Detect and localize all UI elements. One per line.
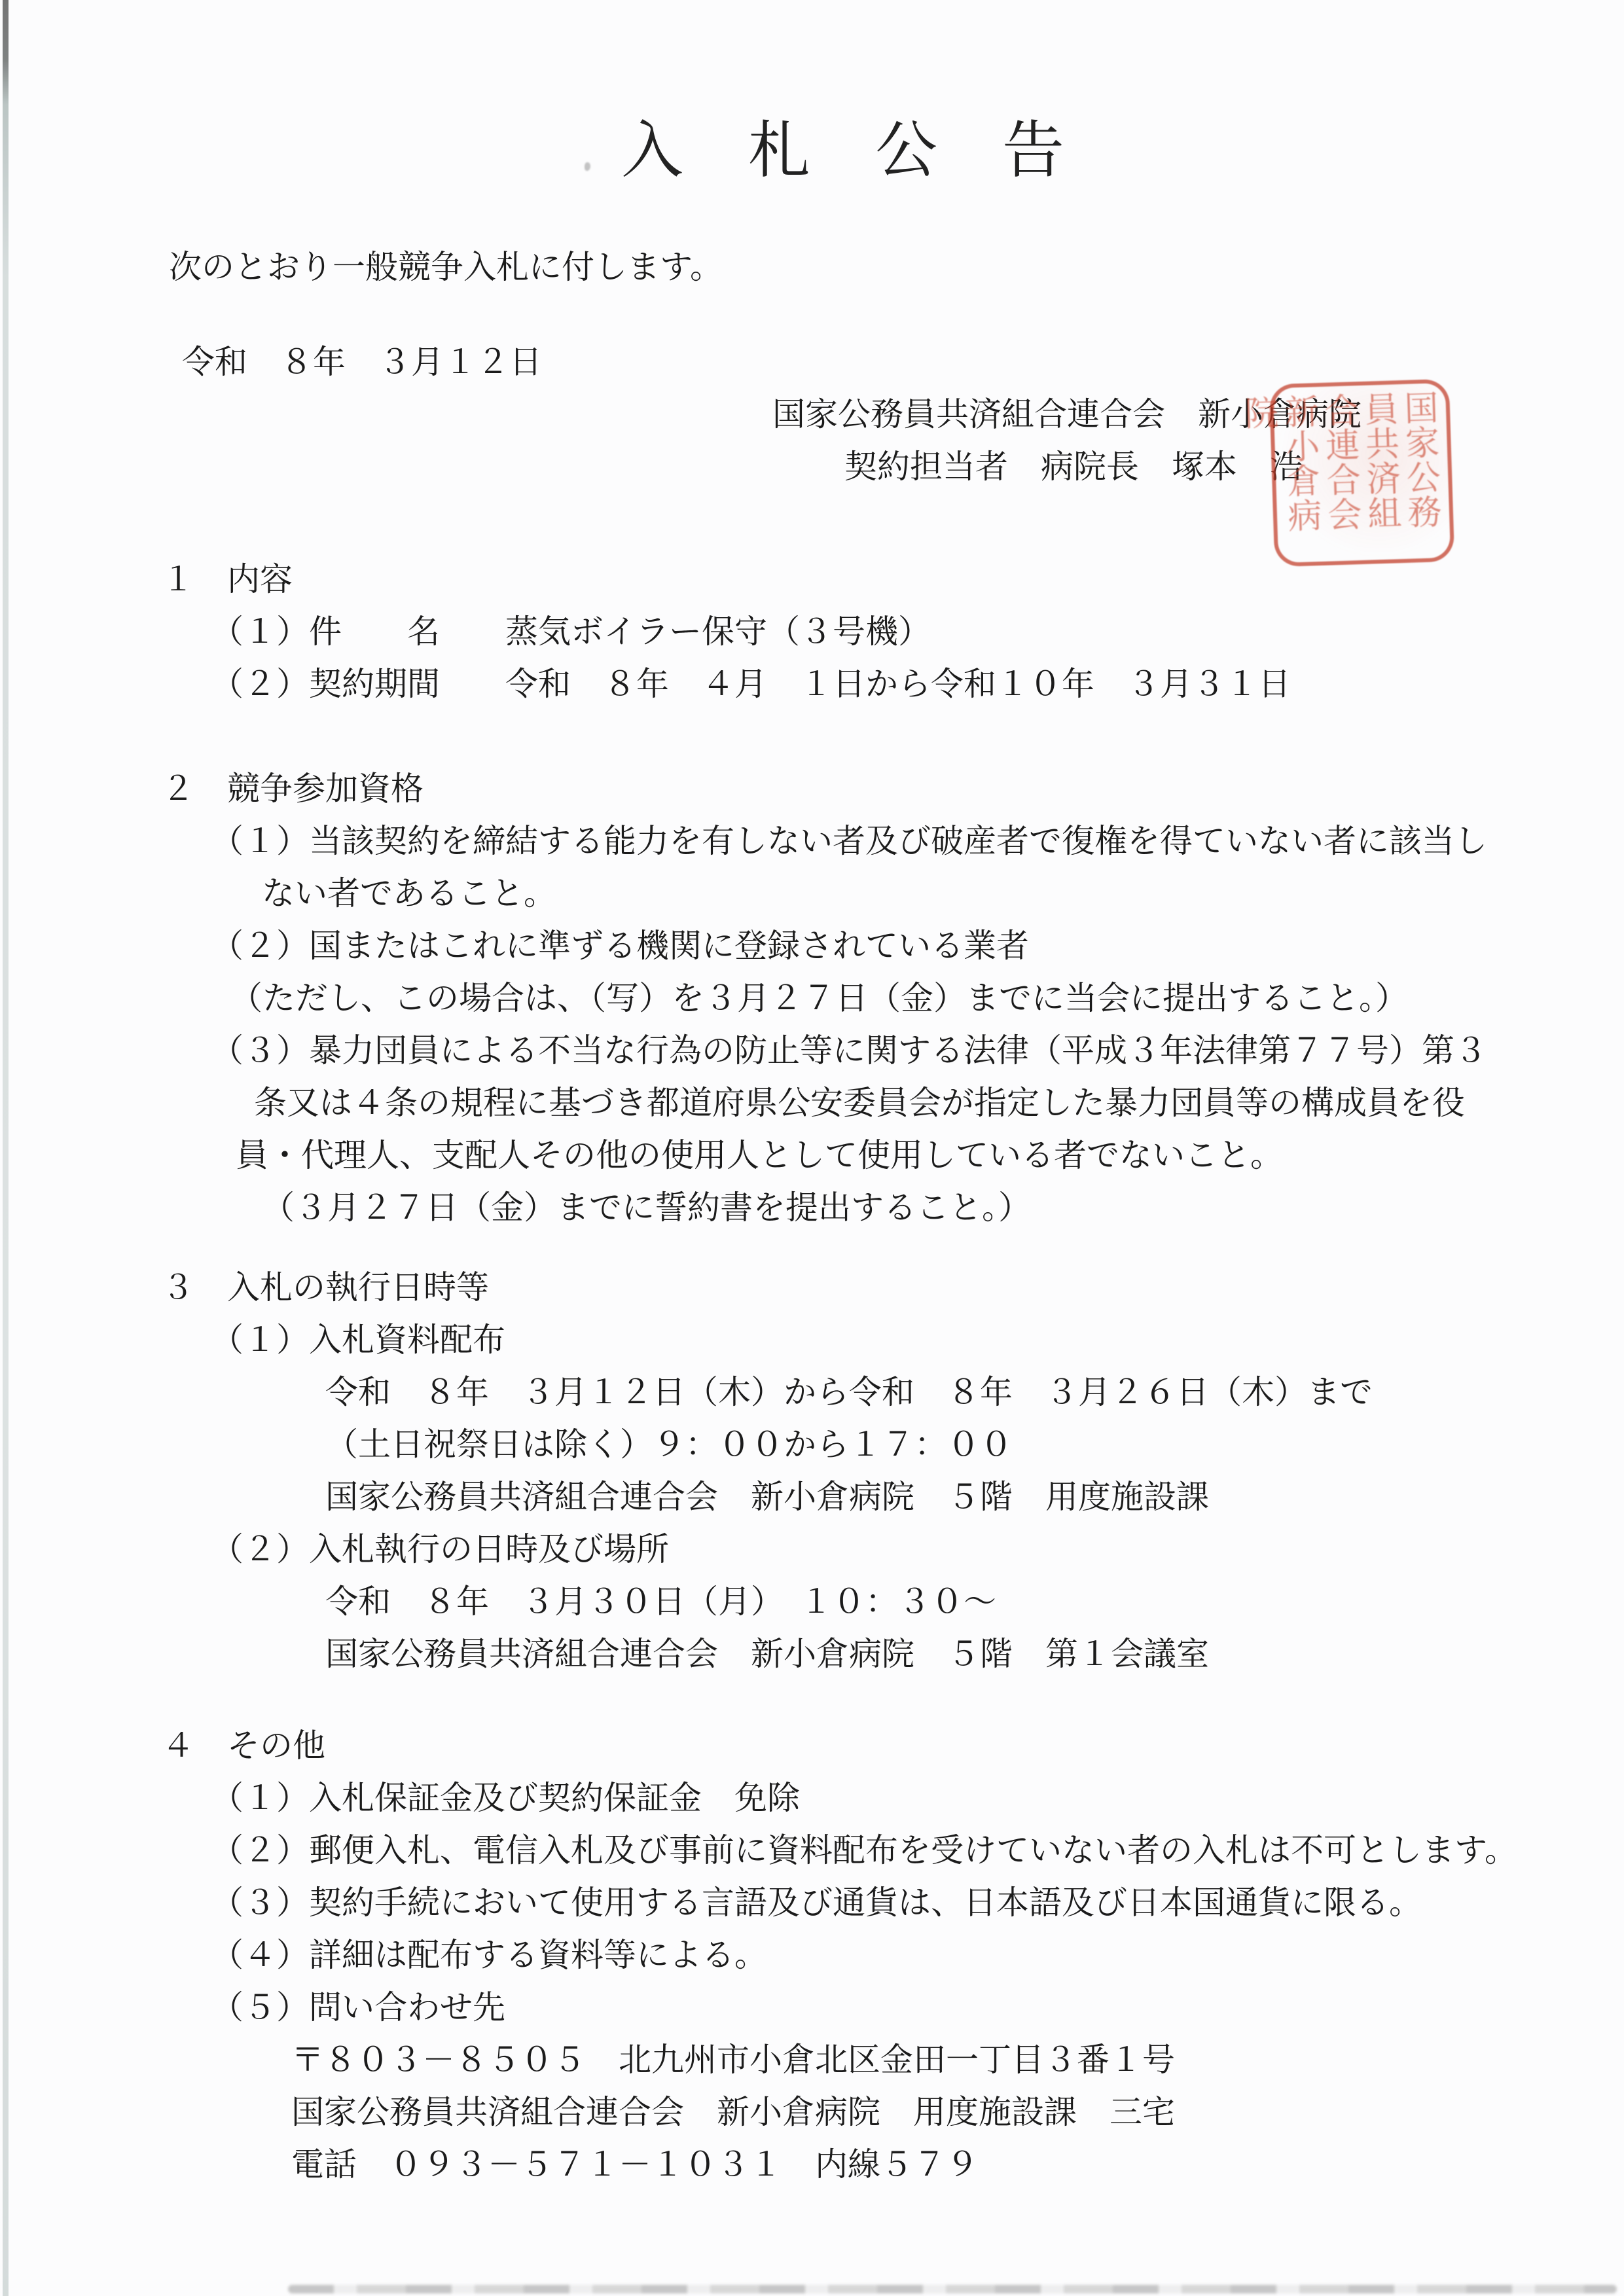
seal-column: 合連合会	[1317, 392, 1362, 555]
seal-column: 新小倉病院	[1237, 393, 1322, 558]
section-contents: １ 内容 （１）件 名 蒸気ボイラー保守（３号機） （２）契約期間 令和 ８年 …	[0, 553, 1624, 710]
text-line: （１）入札資料配布	[0, 1314, 1624, 1366]
text-line: （１）当該契約を締結する能力を有しない者及び破産者で復権を得ていない者に該当し	[0, 815, 1624, 867]
text-line: 条又は４条の規程に基づき都道府県公安委員会が指定した暴力団員等の構成員を役	[0, 1077, 1624, 1129]
document-page: 入 札 公 告 次のとおり一般競争入札に付します。 令和 ８年 ３月１２日 国家…	[0, 0, 1624, 2296]
text-line: （２）契約期間 令和 ８年 ４月 １日から令和１０年 ３月３１日	[0, 658, 1624, 710]
intro-line: 次のとおり一般競争入札に付します。	[0, 241, 1624, 293]
text-line: （３）暴力団員による不当な行為の防止等に関する法律（平成３年法律第７７号）第３	[0, 1024, 1624, 1077]
text-line: （４）詳細は配布する資料等による。	[0, 1929, 1624, 1981]
section-qualifications: ２ 競争参加資格 （１）当該契約を締結する能力を有しない者及び破産者で復権を得て…	[0, 762, 1624, 1234]
text-line: 〒８０３－８５０５ 北九州市小倉北区金田一丁目３番１号	[0, 2034, 1624, 2086]
section-other: ４ その他 （１）入札保証金及び契約保証金 免除 （２）郵便入札、電信入札及び事…	[0, 1719, 1624, 2191]
text-line: 国家公務員共済組合連合会 新小倉病院 ５階 用度施設課	[0, 1471, 1624, 1523]
section-heading: ４ その他	[0, 1719, 1624, 1772]
text-line: （１）件 名 蒸気ボイラー保守（３号機）	[0, 605, 1624, 658]
text-line: （５）問い合わせ先	[0, 1981, 1624, 2034]
text-line: （２）入札執行の日時及び場所	[0, 1523, 1624, 1575]
text-line: 電話 ０９３－５７１－１０３１ 内線５７９	[0, 2138, 1624, 2191]
official-seal: 国家公務 員共済組 合連合会 新小倉病院	[1269, 379, 1455, 567]
text-line: （２）国またはこれに準ずる機関に登録されている業者	[0, 920, 1624, 972]
page-title: 入 札 公 告	[0, 110, 1624, 192]
section-heading: ３ 入札の執行日時等	[0, 1261, 1624, 1314]
text-line: （１）入札保証金及び契約保証金 免除	[0, 1772, 1624, 1824]
section-bid-schedule: ３ 入札の執行日時等 （１）入札資料配布 令和 ８年 ３月１２日（木）から令和 …	[0, 1261, 1624, 1680]
seal-column: 員共済組	[1357, 391, 1402, 554]
seal-column: 国家公務	[1397, 389, 1442, 552]
scan-bottom-smudge	[288, 2285, 1617, 2293]
scan-edge-artifact	[3, 0, 9, 2296]
issue-date: 令和 ８年 ３月１２日	[0, 336, 1624, 388]
text-line: 令和 ８年 ３月３０日（月） １０：３０～	[0, 1575, 1624, 1628]
text-line: ない者であること。	[0, 867, 1624, 920]
text-line: （土日祝祭日は除く）９：００から１７：００	[0, 1418, 1624, 1471]
text-line: （ただし、この場合は、（写）を３月２７日（金）までに当会に提出すること。）	[0, 972, 1624, 1024]
text-line: 国家公務員共済組合連合会 新小倉病院 ５階 第１会議室	[0, 1628, 1624, 1680]
text-line: 員・代理人、支配人その他の使用人として使用している者でないこと。	[0, 1129, 1624, 1181]
text-line: 令和 ８年 ３月１２日（木）から令和 ８年 ３月２６日（木）まで	[0, 1366, 1624, 1418]
text-line: （３）契約手続において使用する言語及び通貨は、日本語及び日本国通貨に限る。	[0, 1876, 1624, 1929]
text-line: 国家公務員共済組合連合会 新小倉病院 用度施設課 三宅	[0, 2086, 1624, 2138]
text-line: （３月２７日（金）までに誓約書を提出すること。）	[0, 1181, 1624, 1234]
text-line: （２）郵便入札、電信入札及び事前に資料配布を受けていない者の入札は不可とします。	[0, 1824, 1624, 1876]
section-heading: ２ 競争参加資格	[0, 762, 1624, 815]
